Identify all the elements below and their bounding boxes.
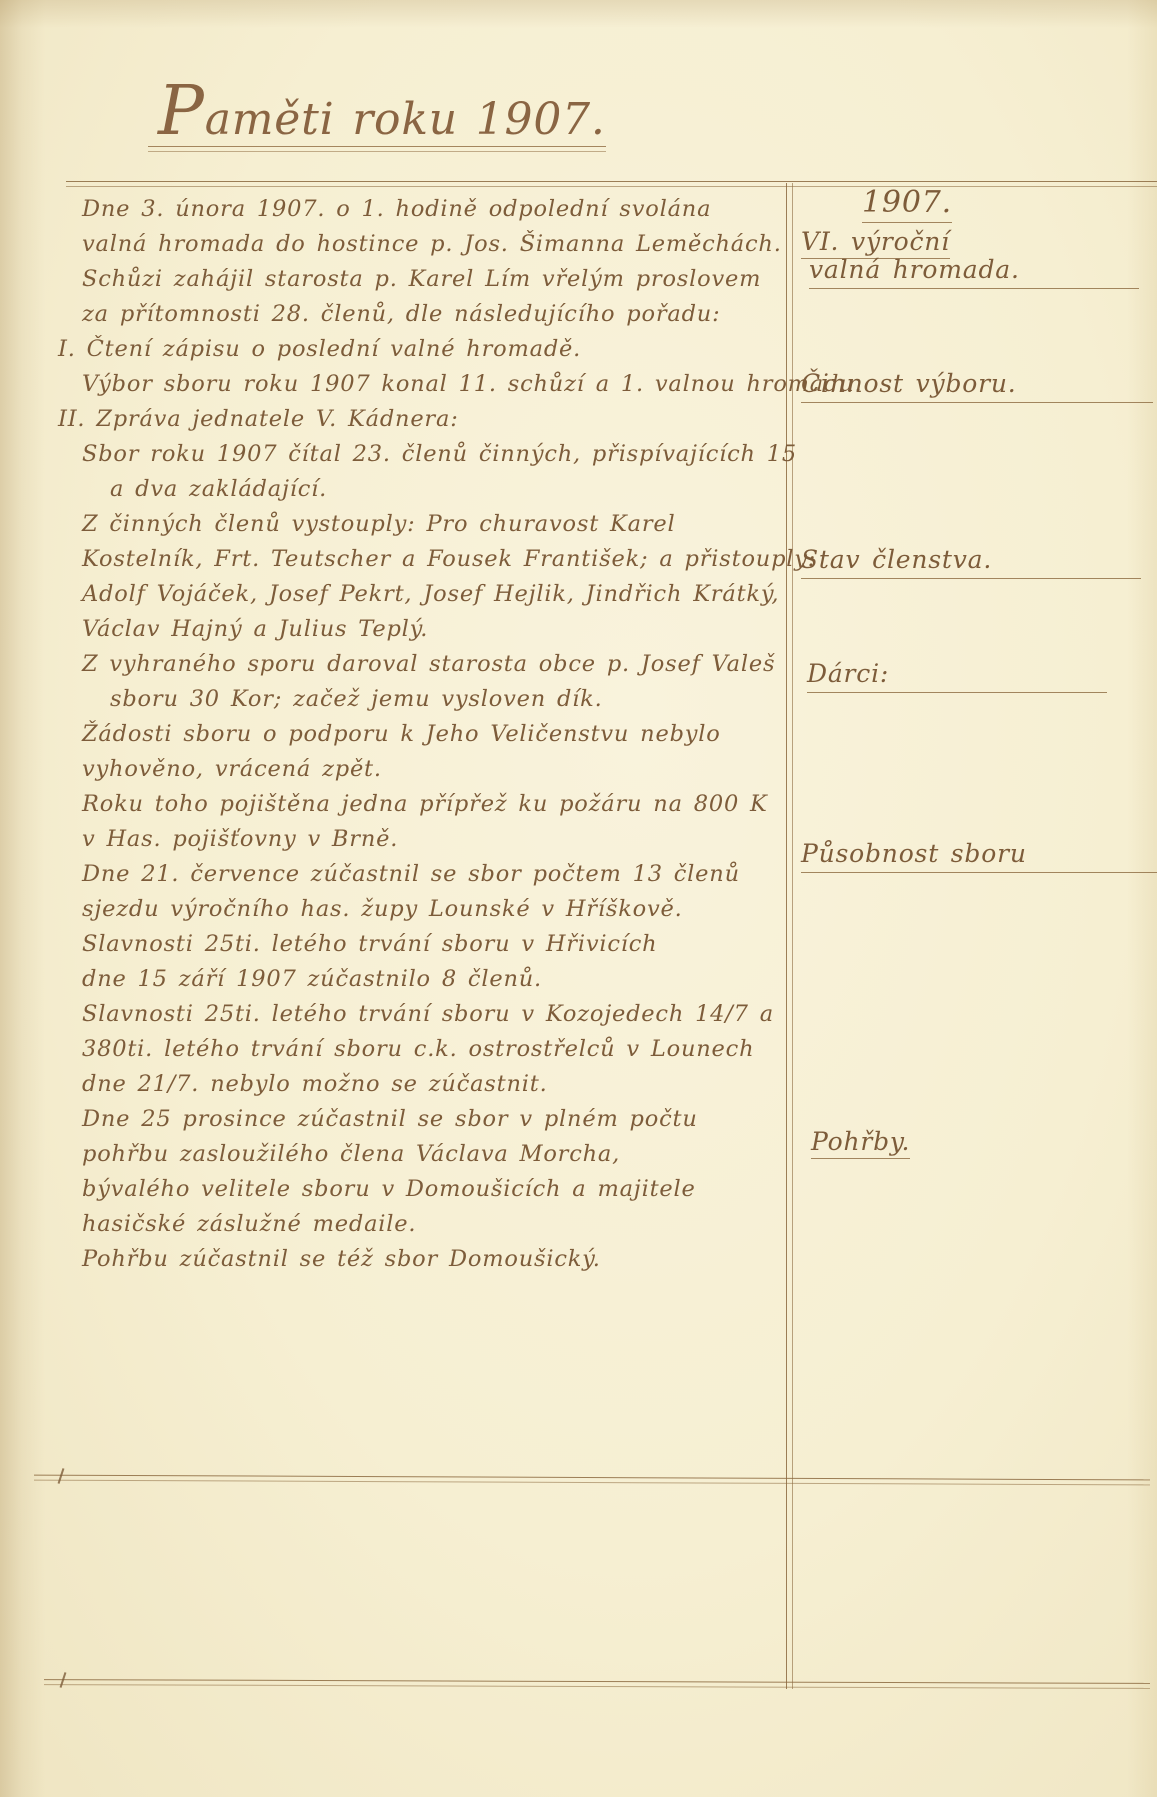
- manuscript-line: Z činných členů vystouply: Pro churavost…: [82, 507, 788, 542]
- manuscript-line-text: a dva zakládající.: [110, 476, 327, 502]
- manuscript-line-text: Slavnosti 25ti. letého trvání sboru v Hř…: [82, 931, 657, 957]
- manuscript-line: a dva zakládající.: [110, 472, 788, 507]
- manuscript-line-text: hasičské záslužné medaile.: [82, 1211, 416, 1237]
- manuscript-line-text: valná hromada do hostince p. Jos. Šimann…: [82, 231, 782, 257]
- margin-note-text: valná hromada.: [809, 255, 1020, 284]
- manuscript-line-text: pohřbu zasloužilého člena Václava Morcha…: [82, 1141, 620, 1167]
- manuscript-line-text: vyhověno, vrácená zpět.: [82, 756, 382, 782]
- margin-note-cinnost-vyboru: Činnost výboru.: [801, 369, 1153, 403]
- manuscript-line-text: I. Čtení zápisu o poslední valné hromadě…: [58, 336, 581, 362]
- manuscript-line-text: Z činných členů vystouply: Pro churavost…: [82, 511, 676, 537]
- margin-note-text: Dárci:: [807, 659, 889, 688]
- manuscript-line-text: v Has. pojišťovny v Brně.: [82, 826, 398, 852]
- manuscript-line-text: dne 21/7. nebylo možno se zúčastnit.: [82, 1071, 548, 1097]
- manuscript-line: Sbor roku 1907 čítal 23. členů činných, …: [82, 437, 788, 472]
- manuscript-line-text: Kostelník, Frt. Teutscher a Fousek Frant…: [82, 546, 816, 572]
- margin-note-pohrby: Pohřby.: [811, 1127, 1157, 1156]
- manuscript-line-text: Adolf Vojáček, Josef Pekrt, Josef Hejlik…: [82, 581, 779, 607]
- manuscript-line: za přítomnosti 28. členů, dle následujíc…: [82, 297, 788, 332]
- manuscript-line-text: Pohřbu zúčastnil se též sbor Domoušický.: [82, 1246, 601, 1272]
- manuscript-line: Pohřbu zúčastnil se též sbor Domoušický.: [82, 1242, 788, 1277]
- manuscript-line: Václav Hajný a Julius Teplý.: [82, 612, 788, 647]
- manuscript-line-text: Dne 25 prosince zúčastnil se sbor v plné…: [82, 1106, 698, 1132]
- margin-note-text: Činnost výboru.: [801, 369, 1017, 398]
- manuscript-line: pohřbu zasloužilého člena Václava Morcha…: [82, 1137, 788, 1172]
- manuscript-line-text: Roku toho pojištěna jedna přípřež ku pož…: [82, 791, 768, 817]
- manuscript-line-text: 380ti. letého trvání sboru c.k. ostrostř…: [82, 1036, 754, 1062]
- manuscript-line-text: Žádosti sboru o podporu k Jeho Veličenst…: [82, 721, 721, 747]
- margin-year-note: 1907.: [827, 185, 987, 220]
- manuscript-line-text: Výbor sboru roku 1907 konal 11. schůzí a…: [82, 371, 862, 397]
- margin-note-stav-clenstva: Stav členstva.: [801, 545, 1141, 579]
- manuscript-line: bývalého velitele sboru v Domoušicích a …: [82, 1172, 788, 1207]
- manuscript-line-text: Václav Hajný a Julius Teplý.: [82, 616, 428, 642]
- manuscript-line: Dne 21. července zúčastnil se sbor počte…: [82, 857, 788, 892]
- margin-note-darci: Dárci:: [807, 659, 1107, 693]
- manuscript-line: Dne 25 prosince zúčastnil se sbor v plné…: [82, 1102, 788, 1137]
- manuscript-line-text: Z vyhraného sporu daroval starosta obce …: [82, 651, 775, 677]
- manuscript-line: dne 21/7. nebylo možno se zúčastnit.: [82, 1067, 788, 1102]
- margin-note-text: Pohřby.: [811, 1127, 910, 1159]
- manuscript-line: Schůzi zahájil starosta p. Karel Lím vře…: [82, 262, 788, 297]
- manuscript-line: vyhověno, vrácená zpět.: [82, 752, 788, 787]
- manuscript-line-text: dne 15 září 1907 zúčastnilo 8 členů.: [82, 966, 542, 992]
- manuscript-line: Výbor sboru roku 1907 konal 11. schůzí a…: [82, 367, 788, 402]
- manuscript-line: 380ti. letého trvání sboru c.k. ostrostř…: [82, 1032, 788, 1067]
- manuscript-line: sboru 30 Kor; začež jemu vysloven dík.: [110, 682, 788, 717]
- manuscript-line-text: Sbor roku 1907 čítal 23. členů činných, …: [82, 441, 797, 467]
- manuscript-line-text: II. Zpráva jednatele V. Kádnera:: [58, 406, 459, 432]
- manuscript-line-text: Dne 3. února 1907. o 1. hodině odpolední…: [82, 196, 711, 222]
- manuscript-line-text: Schůzi zahájil starosta p. Karel Lím vře…: [82, 266, 761, 292]
- manuscript-line: v Has. pojišťovny v Brně.: [82, 822, 788, 857]
- margin-year-text: 1907.: [862, 185, 952, 223]
- manuscript-line: Adolf Vojáček, Josef Pekrt, Josef Hejlik…: [82, 577, 788, 612]
- manuscript-line: II. Zpráva jednatele V. Kádnera:: [58, 402, 788, 437]
- manuscript-line: Žádosti sboru o podporu k Jeho Veličenst…: [82, 717, 788, 752]
- manuscript-line: Kostelník, Frt. Teutscher a Fousek Frant…: [82, 542, 788, 577]
- manuscript-line: Slavnosti 25ti. letého trvání sboru v Ko…: [82, 997, 788, 1032]
- title-underline: [148, 146, 606, 152]
- manuscript-line: valná hromada do hostince p. Jos. Šimann…: [82, 227, 788, 262]
- margin-note-text: Stav členstva.: [801, 545, 992, 574]
- margin-note-vi-vyrocni: VI. výroční: [801, 227, 1157, 256]
- manuscript-line: Z vyhraného sporu daroval starosta obce …: [82, 647, 788, 682]
- manuscript-line: dne 15 září 1907 zúčastnilo 8 členů.: [82, 962, 788, 997]
- page-title: Paměti roku 1907.: [158, 72, 606, 151]
- manuscript-line: hasičské záslužné medaile.: [82, 1207, 788, 1242]
- margin-note-valna-hromada: valná hromada.: [809, 255, 1139, 289]
- manuscript-line-text: sjezdu výročního has. župy Lounské v Hří…: [82, 896, 683, 922]
- manuscript-line: sjezdu výročního has. župy Lounské v Hří…: [82, 892, 788, 927]
- manuscript-line-text: za přítomnosti 28. členů, dle následujíc…: [82, 301, 720, 327]
- margin-notes-column: 1907. VI. výroční valná hromada. Činnost…: [797, 183, 1157, 1689]
- manuscript-line: I. Čtení zápisu o poslední valné hromadě…: [58, 332, 788, 367]
- manuscript-line-text: Slavnosti 25ti. letého trvání sboru v Ko…: [82, 1001, 774, 1027]
- manuscript-line-text: bývalého velitele sboru v Domoušicích a …: [82, 1176, 696, 1202]
- main-text-column: Dne 3. února 1907. o 1. hodině odpolední…: [82, 192, 788, 1277]
- manuscript-line-text: Dne 21. července zúčastnil se sbor počte…: [82, 861, 740, 887]
- manuscript-line: Roku toho pojištěna jedna přípřež ku pož…: [82, 787, 788, 822]
- manuscript-page: Paměti roku 1907. Dne 3. února 1907. o 1…: [0, 0, 1157, 1797]
- margin-note-pusobnost-sboru: Působnost sboru: [801, 839, 1157, 873]
- manuscript-line-text: sboru 30 Kor; začež jemu vysloven dík.: [110, 686, 603, 712]
- margin-note-text: Působnost sboru: [801, 839, 1027, 868]
- manuscript-line: Dne 3. února 1907. o 1. hodině odpolední…: [82, 192, 788, 227]
- manuscript-line: Slavnosti 25ti. letého trvání sboru v Hř…: [82, 927, 788, 962]
